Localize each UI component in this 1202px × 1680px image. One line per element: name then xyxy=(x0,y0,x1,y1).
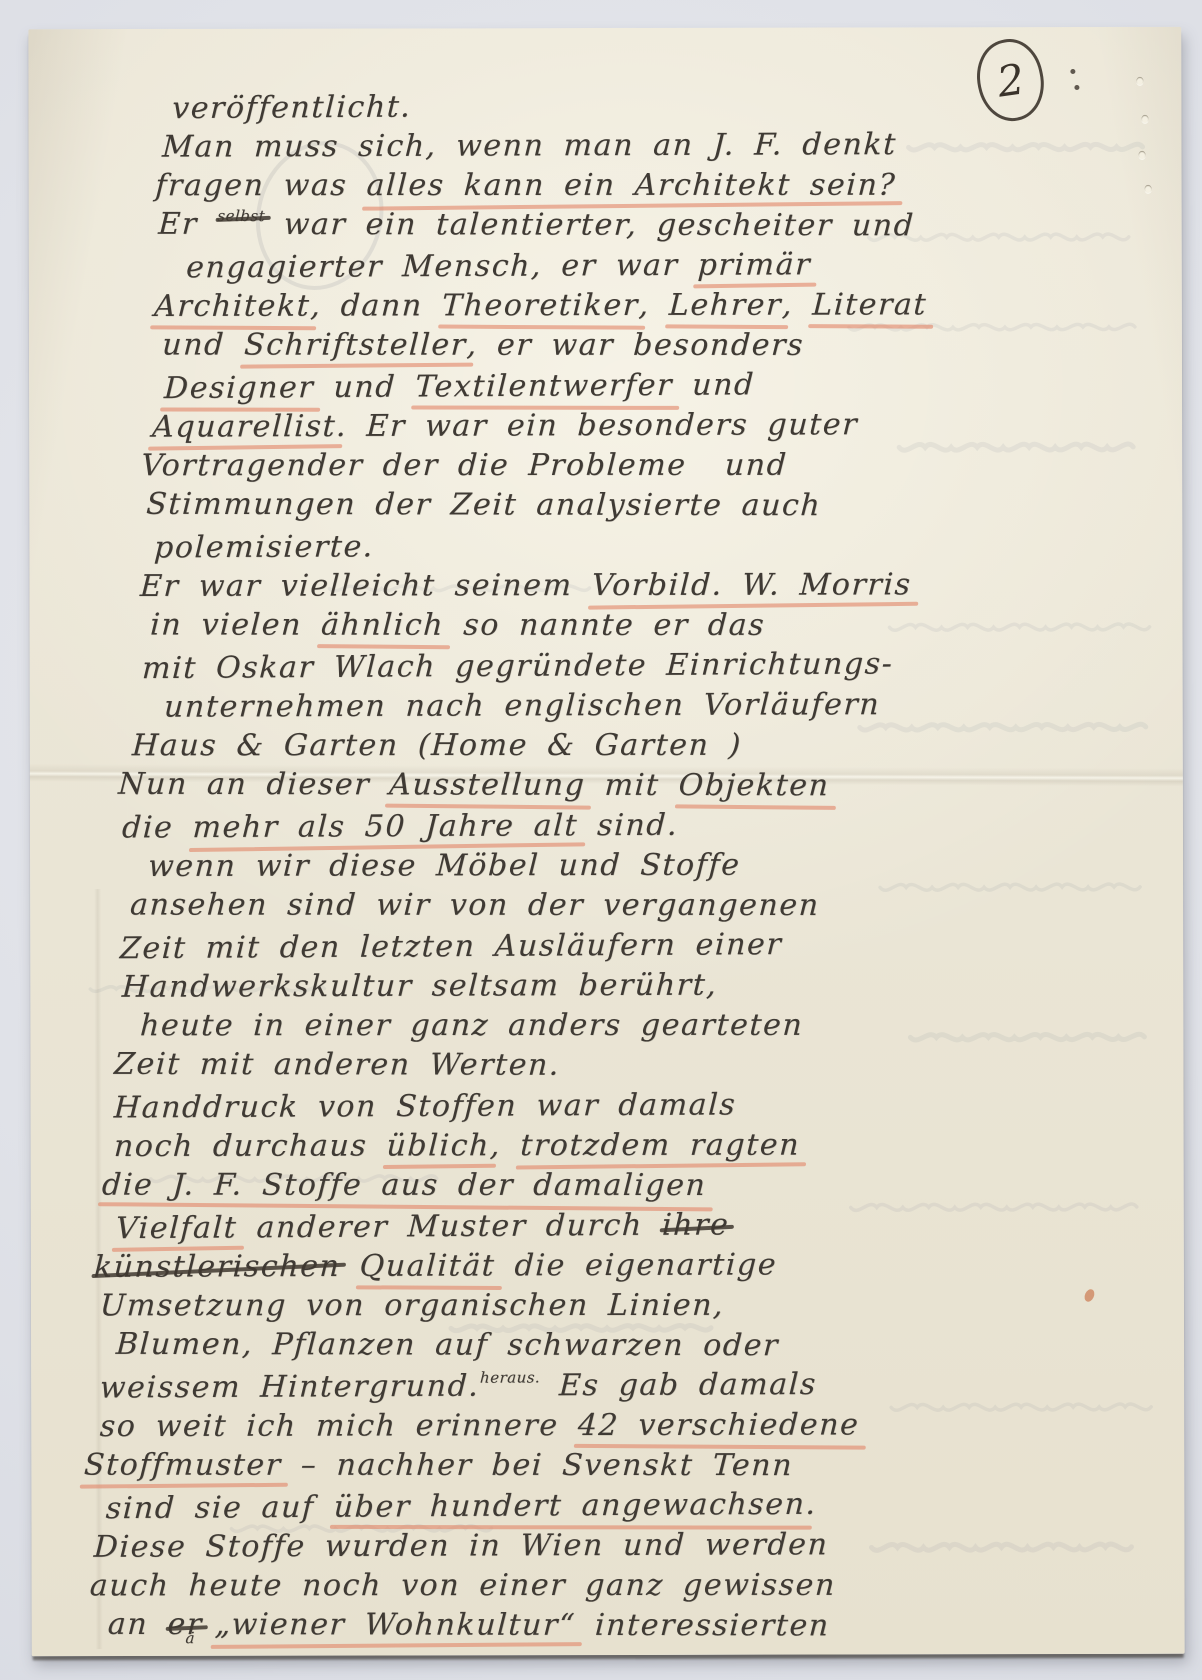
handwritten-text: war ein talentierter, gescheiter und xyxy=(264,205,916,246)
manuscript-line: wenn wir diese Möbel und Stoffe xyxy=(147,845,1173,887)
red-underlined-text: primär xyxy=(697,245,812,286)
manuscript-line: Architekt, dann Theoretiker, Lehrer, Lit… xyxy=(153,285,1201,327)
red-underlined-text: 42 verschiedene xyxy=(577,1405,861,1446)
handwritten-text: Haus & Garten (Home & Garten ) xyxy=(131,726,743,766)
handwritten-text: . Er war ein besonders guter xyxy=(335,405,859,447)
manuscript-line: heute in einer ganz anders gearteten xyxy=(139,1006,1165,1047)
handwritten-text: Blumen, Pflanzen auf schwarzen oder xyxy=(115,1325,780,1366)
handwritten-text: ansehen sind wir von der vergangenen xyxy=(129,886,821,926)
handwritten-text: noch durchaus xyxy=(113,1126,388,1167)
red-underlined-text: Literat xyxy=(811,285,928,325)
manuscript-line: Stoffmuster – nachher bei Svenskt Tenn xyxy=(83,1446,1143,1487)
handwritten-text: auch heute noch von einer ganz gewissen xyxy=(89,1566,837,1607)
handwritten-text: und xyxy=(672,365,756,406)
handwritten-text: so nannte er das xyxy=(443,606,766,646)
crossed-out-text: künstlerischen xyxy=(93,1247,342,1288)
handwritten-text: , xyxy=(781,286,813,326)
handwritten-text: fragen was xyxy=(154,166,367,206)
red-underlined-text: Designer xyxy=(163,368,315,409)
red-underlined-text: Vorbild. W. Morris xyxy=(591,565,913,606)
handwritten-text: weissem Hintergrund. xyxy=(99,1367,481,1409)
handwritten-text: mit Oskar Wlach gegründete Einrichtungs- xyxy=(141,644,894,689)
handwritten-text: , dann xyxy=(309,286,443,326)
handwritten-text: Diese Stoffe wurden in Wien und werden xyxy=(93,1525,830,1568)
handwritten-text: , xyxy=(638,286,670,326)
red-underlined-text: über hundert angewachsen xyxy=(333,1485,807,1528)
red-underlined-text: die J. F. Stoffe aus der damaligen xyxy=(101,1166,708,1206)
crossed-out-text: ihre xyxy=(661,1205,730,1245)
red-underlined-text: Textilentwerfer xyxy=(414,366,674,408)
manuscript-line: und Schriftsteller, er war besonders xyxy=(161,325,1199,366)
red-underlined-text: Theoretiker xyxy=(441,286,640,326)
manuscript-line: noch durchaus üblich, trotzdem ragten xyxy=(113,1125,1159,1167)
handwritten-text: Handdruck von Stoffen war damals xyxy=(113,1085,737,1128)
handwritten-text: und xyxy=(161,325,245,365)
handwritten-text: Stimmungen der Zeit analysierte auch xyxy=(145,485,822,526)
manuscript-line: Zeit mit anderen Werten. xyxy=(113,1045,1163,1087)
red-underlined-text: Stoffmuster xyxy=(83,1446,283,1486)
red-underlined-text: Objekten xyxy=(678,766,831,806)
manuscript-line: Umsetzung von organischen Linien, xyxy=(99,1286,1151,1327)
red-underlined-text: Vielfalt xyxy=(115,1208,238,1249)
handwritten-text: die xyxy=(121,808,193,848)
manuscript-line: Blumen, Pflanzen auf schwarzen oder xyxy=(115,1325,1149,1367)
handwritten-text: Man muss sich, wenn man an J. F. denkt xyxy=(161,125,898,168)
manuscript-line: Vortragender der die Probleme und xyxy=(140,446,1193,487)
manuscript-line: Handdruck von Stoffen war damals xyxy=(113,1083,1161,1128)
manuscript-line: Vielfalt anderer Muster durch ihre xyxy=(115,1203,1155,1250)
handwritten-text: Umsetzung von organischen Linien, xyxy=(99,1286,725,1326)
manuscript-line: in vielen ähnlich so nannte er das xyxy=(149,606,1185,647)
handwritten-text: engagierter Mensch, er war xyxy=(185,246,698,289)
manuscript-line: die J. F. Stoffe aus der damaligen xyxy=(101,1166,1157,1207)
red-underlined-text: Qualität xyxy=(359,1246,497,1286)
handwritten-text: Zeit mit den letzten Ausläufern einer xyxy=(119,925,783,969)
manuscript-page: 2 veröffentlicht.Man muss sich, wenn man… xyxy=(28,27,1184,1656)
handwritten-text: an xyxy=(107,1605,169,1645)
handwritten-text: polemisierte. xyxy=(153,527,375,568)
manuscript-line: Diese Stoffe wurden in Wien und werden xyxy=(93,1524,1139,1568)
handwritten-text: heute in einer ganz anders gearteten xyxy=(139,1006,804,1046)
handwritten-text: . xyxy=(805,1485,818,1525)
manuscript-line: künstlerischen Qualität die eigenartige xyxy=(93,1244,1153,1288)
handwritten-text: Vortragender der die Probleme und xyxy=(140,446,788,486)
handwritten-text: Er war vielleicht seinem xyxy=(139,566,593,607)
manuscript-line: Man muss sich, wenn man an J. F. denkt xyxy=(161,124,1202,168)
handwritten-text: mit xyxy=(584,766,679,806)
manuscript-line: Er selbst war ein talentierter, gescheit… xyxy=(157,205,1202,247)
manuscript-line: engagierter Mensch, er war primär xyxy=(185,243,1202,288)
manuscript-line: weissem Hintergrund.heraus. Es gab damal… xyxy=(99,1363,1147,1408)
manuscript-line: so weit ich mich erinnere 42 verschieden… xyxy=(99,1405,1145,1447)
red-underlined-text: Schriftsteller xyxy=(243,326,468,366)
red-underlined-text: trotzdem ragten xyxy=(519,1126,801,1167)
handwritten-text: Er xyxy=(157,205,218,245)
manuscript-line: polemisierte. xyxy=(153,523,1189,568)
handwritten-text: so weit ich mich erinnere xyxy=(99,1406,579,1447)
handwritten-text: sind sie auf xyxy=(105,1488,335,1529)
handwritten-text: Zeit mit anderen Werten. xyxy=(113,1045,561,1086)
manuscript-line: mit Oskar Wlach gegründete Einrichtungs- xyxy=(141,643,1183,690)
handwritten-text: in vielen xyxy=(149,606,322,646)
handwritten-text: sind. xyxy=(577,806,679,846)
manuscript-line: Aquarellist. Er war ein besonders guter xyxy=(151,404,1195,448)
red-underlined-text: „wiener Wohnkultur“ xyxy=(214,1605,577,1646)
manuscript-line: unternehmen nach englischen Vorläufern xyxy=(163,684,1181,728)
red-underlined-text: alles kann ein Architekt sein? xyxy=(366,166,898,206)
handwritten-text: wenn wir diese Möbel und Stoffe xyxy=(147,846,741,887)
handwritten-text: Es gab damals xyxy=(539,1365,818,1406)
handwritten-text: und xyxy=(313,368,416,409)
inserted-word: heraus. xyxy=(480,1371,541,1386)
manuscript-text: veröffentlicht.Man muss sich, wenn man a… xyxy=(87,85,1202,1647)
handwritten-text: , xyxy=(489,1126,521,1166)
manuscript-line: Er war vielleicht seinem Vorbild. W. Mor… xyxy=(139,565,1187,607)
handwritten-text: unternehmen nach englischen Vorläufern xyxy=(163,685,881,728)
crossed-out-text: selbst xyxy=(217,209,266,224)
handwritten-text xyxy=(339,1247,360,1287)
red-underlined-text: Ausstellung xyxy=(388,765,586,805)
red-underlined-text: Lehrer xyxy=(668,286,783,326)
ink-speck xyxy=(1070,69,1075,74)
red-underlined-text: Architekt xyxy=(153,287,311,327)
red-underlined-text: mehr als 50 Jahre alt xyxy=(192,806,579,848)
red-underlined-text: ähnlich xyxy=(320,606,445,646)
manuscript-line: ansehen sind wir von der vergangenen xyxy=(129,886,1171,927)
handwritten-text: interessierten xyxy=(575,1606,831,1647)
manuscript-line: Nun an dieser Ausstellung mit Objekten xyxy=(117,765,1177,807)
manuscript-line: an erä „wiener Wohnkultur“ interessierte… xyxy=(107,1605,1135,1647)
handwritten-text: Handwerkskultur seltsam berührt, xyxy=(121,966,718,1008)
manuscript-line: Zeit mit den letzten Ausläufern einer xyxy=(119,923,1169,970)
manuscript-line: veröffentlicht. xyxy=(171,83,1202,130)
handwritten-text: – nachher bei Svenskt Tenn xyxy=(281,1446,795,1486)
manuscript-line: sind sie auf über hundert angewachsen. xyxy=(105,1483,1141,1530)
manuscript-line: Designer und Textilentwerfer und xyxy=(163,363,1197,409)
manuscript-line: auch heute noch von einer ganz gewissen xyxy=(89,1566,1137,1607)
handwritten-text: , er war besonders xyxy=(466,326,805,366)
manuscript-line: Handwerkskultur seltsam berührt, xyxy=(121,964,1167,1008)
handwritten-text: die eigenartige xyxy=(494,1245,778,1286)
red-underlined-text: üblich xyxy=(386,1126,491,1166)
manuscript-line: fragen was alles kann ein Architekt sein… xyxy=(154,165,1202,206)
manuscript-line: die mehr als 50 Jahre alt sind. xyxy=(121,803,1175,848)
manuscript-line: Haus & Garten (Home & Garten ) xyxy=(131,726,1179,767)
manuscript-line: Stimmungen der Zeit analysierte auch xyxy=(145,485,1191,527)
handwritten-text xyxy=(195,1605,216,1645)
handwritten-text: veröffentlicht. xyxy=(171,88,412,130)
handwritten-text: Nun an dieser xyxy=(117,765,390,806)
red-underlined-text: Aquarellist xyxy=(151,407,337,448)
handwritten-text: anderer Muster durch xyxy=(236,1206,662,1249)
